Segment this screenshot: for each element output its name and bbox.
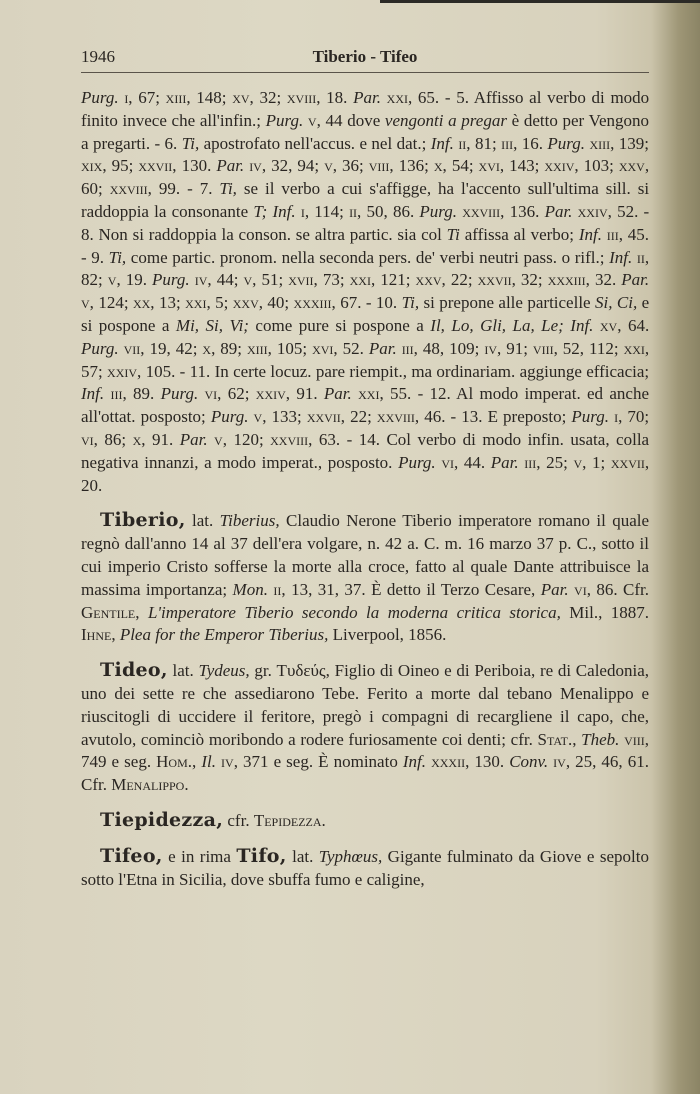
scan-edge (380, 0, 700, 3)
entry-headword: Tifeo, (100, 845, 163, 867)
entries-list: Tiberio, lat. Tiberius, Claudio Nerone T… (81, 509, 649, 891)
dictionary-entry: Tideo, lat. Tydeus, gr. Τυδεύς, Figlio d… (81, 659, 649, 797)
dictionary-page: 1946 Tiberio - Tifeo Purg. i, 67; xiii, … (81, 44, 649, 903)
running-title: Tiberio - Tifeo (81, 47, 649, 67)
page-header: 1946 Tiberio - Tifeo (81, 44, 649, 72)
dictionary-entry: Tiepidezza, cfr. Tepidezza. (81, 809, 649, 833)
entry-headword: Tiberio, (100, 509, 186, 531)
dictionary-entry: Tifeo, e in rima Tifo, lat. Typhœus, Gig… (81, 845, 649, 892)
continuation-paragraph: Purg. i, 67; xiii, 148; xv, 32; xviii, 1… (81, 87, 649, 497)
dictionary-entry: Tiberio, lat. Tiberius, Claudio Nerone T… (81, 509, 649, 647)
header-rule (81, 72, 649, 73)
entry-headword: Tideo, (100, 659, 168, 681)
entry-headword: Tiepidezza, (100, 809, 223, 831)
